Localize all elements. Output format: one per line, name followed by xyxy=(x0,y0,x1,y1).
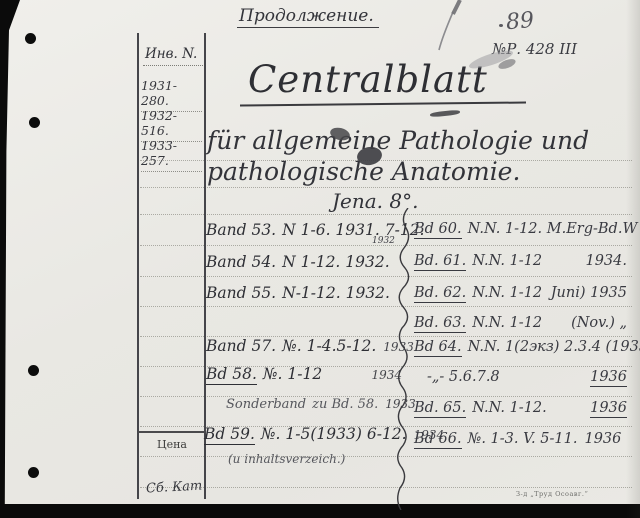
ruled-line xyxy=(140,187,632,188)
issue-range: N.N. 1-12 xyxy=(472,315,542,331)
holdings-entry: Bd. 63. N.N. 1-12 (Nov.) „ xyxy=(414,315,627,333)
ruled-line xyxy=(140,487,632,488)
catalog-card-scan: Инв. N. 1931-280. 1932-516. 1933-257. Це… xyxy=(0,0,640,518)
ruled-line xyxy=(140,276,632,277)
punch-hole xyxy=(28,365,39,376)
volume-label: Bd 59. xyxy=(204,425,255,445)
journal-title: Centralblatt xyxy=(248,58,488,101)
holdings-entry: Band 57. №. 1-4.5-12. 1933 xyxy=(206,337,402,355)
title-underline xyxy=(240,102,526,107)
issue-range: №. 1-5(1933) 6-12. xyxy=(261,425,407,443)
issue-range: N-1-12. 1932. xyxy=(282,284,390,302)
volume-label: Sonderband xyxy=(226,397,306,412)
volume-label: Bd 66. xyxy=(414,431,462,449)
year-label: (Nov.) „ xyxy=(571,315,627,331)
issue-range: N.N. 1-12. M.Erg-Bd.W xyxy=(468,221,638,237)
volume-label: Bd 58. xyxy=(206,365,257,385)
volume-label: Band 54. xyxy=(206,253,276,271)
year-label: 1936 xyxy=(590,400,627,418)
year-label: 1936 xyxy=(584,431,621,447)
ruled-line xyxy=(140,214,632,215)
volume-label: Bd 64. xyxy=(414,339,462,357)
holdings-entry: Band 55. N-1-12. 1932. xyxy=(206,284,390,302)
volume-label: Band 53. xyxy=(206,221,276,239)
volume-label: Bd 60. xyxy=(414,221,462,239)
holdings-entry: Bd 58. №. 1-12 1934 xyxy=(206,365,402,385)
year-label: Juni) 1935 xyxy=(551,285,627,301)
volume-label: Bd. 63. xyxy=(414,315,466,333)
holdings-entry: Band 54. N 1-12. 1932. xyxy=(206,253,390,271)
pencil-dash-mark xyxy=(430,109,460,117)
punch-hole xyxy=(28,467,39,478)
inventory-number: 1932-516. xyxy=(141,108,202,142)
punch-hole xyxy=(29,117,40,128)
column-divider-squiggle xyxy=(392,208,416,510)
issue-range: №. 1-3. V. 5-11. xyxy=(468,431,578,447)
price-divider-line xyxy=(138,431,205,433)
issue-range: (и inhaltsverzeich.) xyxy=(228,452,345,466)
price-label: Цена xyxy=(140,438,204,451)
scan-edge-right-shadow xyxy=(626,0,640,518)
pencil-stroke-mark xyxy=(430,0,474,52)
year-label: 1936 xyxy=(590,369,627,387)
issue-range: -„- 5.6.7.8 xyxy=(427,369,500,385)
issue-range: №. 1-12 xyxy=(263,365,322,383)
holdings-entry: Bd 60. N.N. 1-12. M.Erg-Bd.W 1934. xyxy=(414,221,627,239)
holdings-entry: Bd 66. №. 1-3. V. 5-11. 1936 xyxy=(414,431,621,449)
holdings-entry: Bd. 62. N.N. 1-12 Juni) 1935 xyxy=(414,285,627,303)
continuation-note: Продолжение. xyxy=(237,6,379,28)
issue-range: N.N. 1-12 xyxy=(472,285,542,301)
holdings-entry: Sonderband zu Bd. 58. 1933 xyxy=(226,397,416,412)
printer-imprint: З-д „Труд Осоавг.“ xyxy=(516,490,588,498)
page-number: 89 xyxy=(505,8,535,35)
volume-label: Band 57. xyxy=(206,337,276,355)
holdings-entry: Bd 64. N.N. 1(2экз) 2.3.4 (1935) xyxy=(414,339,640,357)
inventory-number: 1933-257. xyxy=(141,138,202,172)
bottom-note: Сб. Кат xyxy=(146,479,203,497)
issue-range: №. 1-4.5-12. xyxy=(282,337,376,355)
holdings-note: (и inhaltsverzeich.) xyxy=(228,452,345,466)
issue-range: N 1-12. 1932. xyxy=(282,253,390,271)
issue-range: N.N. 1(2экз) 2.3.4 (1935) xyxy=(468,339,640,355)
inventory-heading: Инв. N. xyxy=(143,46,203,66)
holdings-entry: -„- 5.6.7.8 1936 xyxy=(427,369,627,387)
scan-edge-left xyxy=(0,0,20,505)
inventory-column-line-left xyxy=(137,33,139,499)
year-label: 1934. xyxy=(585,253,627,269)
volume-label: Bd. 61. xyxy=(414,253,466,271)
volume-label: Band 55. xyxy=(206,284,276,302)
issue-range: N.N. 1-12. xyxy=(472,400,547,416)
issue-range: N.N. 1-12 xyxy=(472,253,542,269)
scan-edge-bottom xyxy=(0,504,640,518)
inventory-number: 1931-280. xyxy=(141,78,202,112)
issue-range: zu Bd. 58. xyxy=(312,397,378,412)
ruled-line xyxy=(140,456,632,457)
pencil-dot xyxy=(499,24,503,27)
ruled-line xyxy=(140,306,632,307)
volume-label: Bd. 62. xyxy=(414,285,466,303)
punch-hole xyxy=(25,33,36,44)
volume-label: Bd. 65. xyxy=(414,400,466,418)
journal-subtitle-line1: für allgemeine Pathologie und xyxy=(207,126,589,155)
holdings-entry: Bd. 61. N.N. 1-12 1934. xyxy=(414,253,627,271)
holdings-entry: Bd. 65. N.N. 1-12. 1936 xyxy=(414,400,627,418)
